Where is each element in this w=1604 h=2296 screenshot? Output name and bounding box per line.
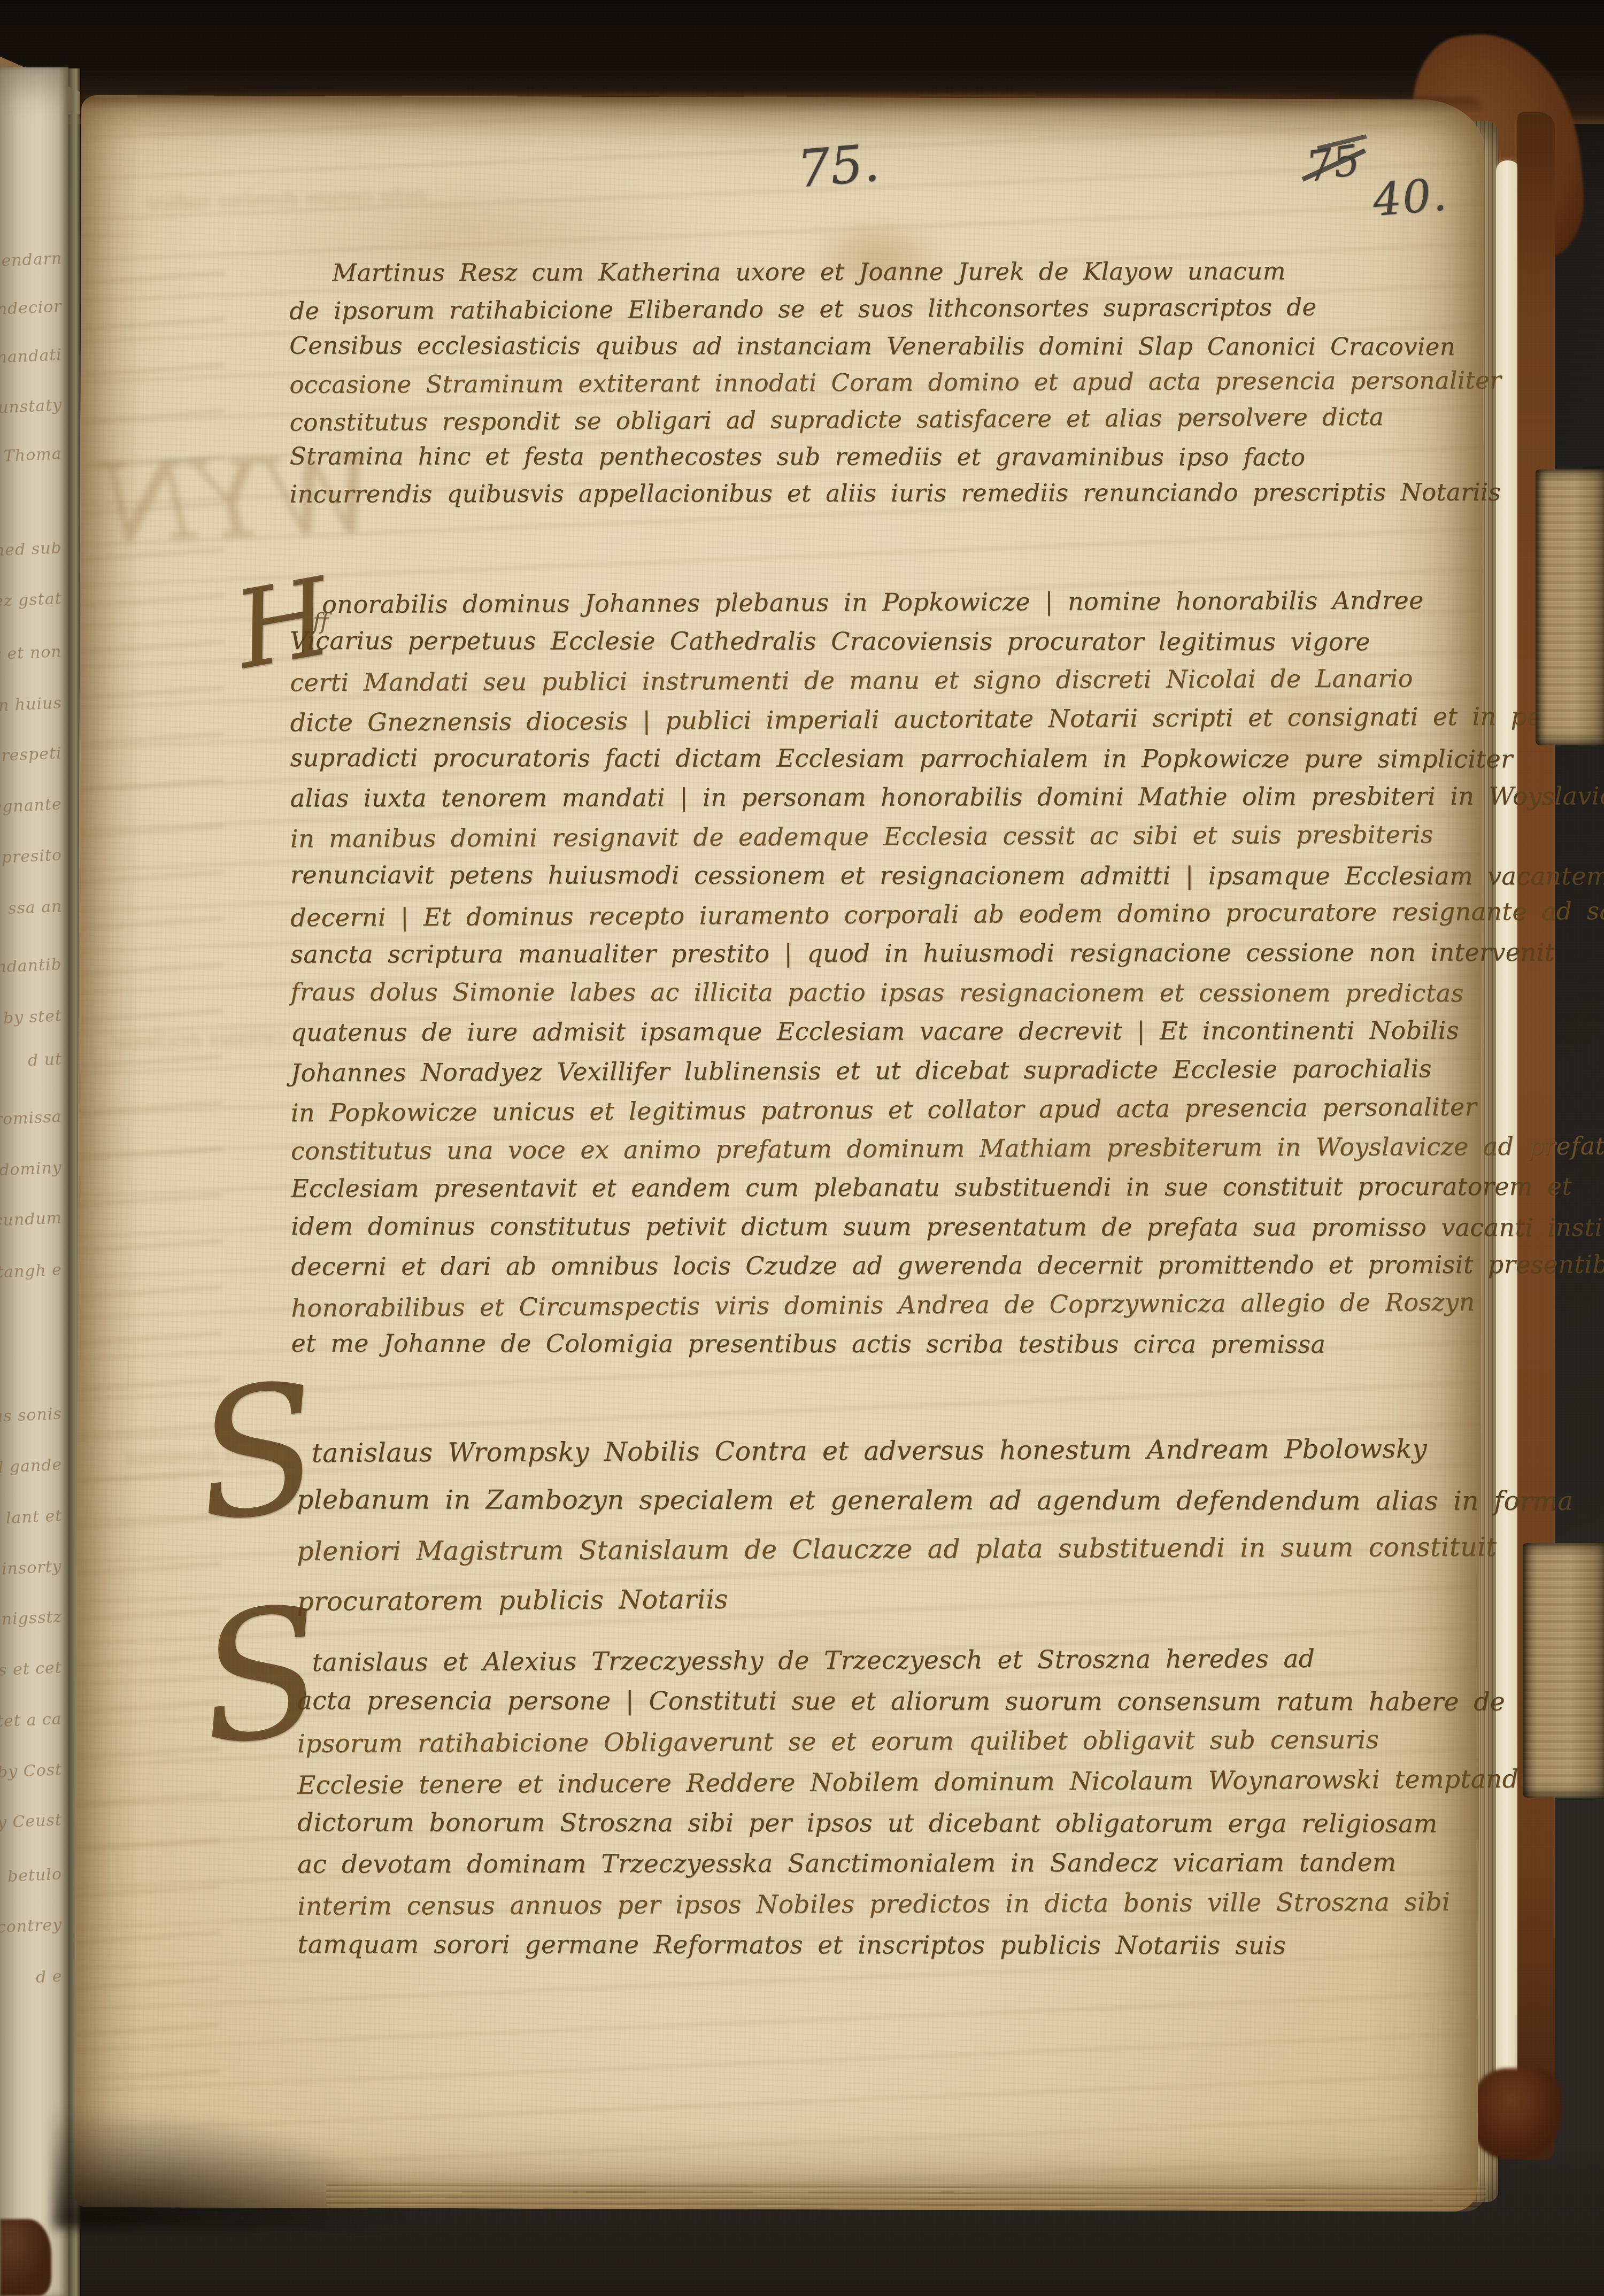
facing-page-text-fragment: segnante [0,795,63,817]
photo-frame: prebendarnwbendecioris mandatiuch gunsta… [0,0,1604,2296]
manuscript-line: plebanum in Zambozyn specialem et genera… [297,1475,1574,1526]
manuscript-line: alias iuxta tenorem mandati | in persona… [290,776,1604,818]
facing-page-text-fragment: ey dominy [0,1158,63,1181]
manuscript-line: Censibus ecclesiasticis quibus ad instan… [289,327,1501,365]
facing-page-edge: prebendarnwbendecioris mandatiuch gunsta… [0,67,68,2296]
manuscript-page: 75. 75 40. Martinus Resz cum Katherina u… [75,95,1484,2212]
manuscript-line: decerni | Et dominus recepto iuramento c… [290,891,1604,937]
facing-page-text-fragment: ssa an [7,897,63,918]
margin-mark: ff [313,608,329,634]
facing-page-text-fragment: ne secundum [0,1208,63,1232]
manuscript-line: fraus dolus Simonie labes ac illicita pa… [290,973,1604,1013]
facing-page-text-fragment: mandantib [0,955,63,977]
manuscript-line: renunciavit petens huiusmodi cessionem e… [290,856,1604,896]
manuscript-paragraph: Stanislaus et Alexius Trzeczyesshy de Tr… [297,1639,1560,1966]
facing-page-text-fragment: vos et cet [0,1659,63,1681]
manuscript-line: dicte Gneznensis diocesis | publici impe… [290,696,1604,742]
facing-page-text-fragment: contrey [0,1915,63,1937]
manuscript-line: ac devotam dominam Trzeczyesska Sanctimo… [297,1842,1559,1885]
manuscript-line: honorabilibus et Circumspectis viris dom… [291,1281,1604,1328]
manuscript-line: constitutus una voce ex animo prefatum d… [291,1126,1604,1170]
facing-page-text-fragment: n huius [0,694,63,715]
facing-page-text-fragment: tet a ca [0,1709,63,1731]
facing-page-text-fragment: ius Thoma [0,444,63,467]
facing-page-fragments: prebendarnwbendecioris mandatiuch gunsta… [0,67,68,2296]
manuscript-line: supradicti procuratoris facti dictam Ecc… [290,738,1604,779]
manuscript-line: ipsorum ratihabicione Obligaverunt se et… [297,1719,1559,1765]
manuscript-line: in Popkowicze unicus et legitimus patron… [291,1086,1604,1132]
facing-page-text-fragment: ney Ceust [0,1811,63,1833]
manuscript-line: onorabilis dominus Johannes plebanus in … [322,580,1604,624]
facing-page-text-fragment: wbendecior [0,297,63,320]
ink-showthrough: WYN [99,434,377,567]
manuscript-line: idem dominus constitutus petivit dictum … [291,1207,1604,1247]
manuscript-line: Martinus Resz cum Katherina uxore et Joa… [332,252,1501,291]
manuscript-line: incurrendis quibusvis appellacionibus et… [290,474,1502,513]
facing-page-text-fragment: el gande [0,1455,63,1477]
manuscript-line: tamquam sorori germane Reformatos et ins… [298,1924,1560,1966]
facing-page-text-fragment: tangh e [0,1260,63,1282]
facing-page-text-fragment: betulo [7,1865,62,1886]
manuscript-line: et me Johanne de Colomigia presentibus a… [291,1324,1604,1365]
facing-page-text-fragment: ned sub [0,538,63,560]
manuscript-paragraph: Martinus Resz cum Katherina uxore et Joa… [289,252,1501,513]
facing-page-text-fragment: hunigsstz [0,1608,63,1630]
manuscript-line: quatenus de iure admisit ipsamque Eccles… [291,1011,1604,1052]
manuscript-line: in manibus domini resignavit de eademque… [290,814,1604,858]
facing-page-text-fragment: uch gunstaty [0,396,63,419]
facing-page-text-fragment: by stet [3,1007,62,1028]
facing-page-text-fragment: is mandati [0,345,63,368]
facing-page-text-fragment: d presito [0,846,63,868]
ink-showthrough: census ecclesie [110,1023,287,1054]
facing-page-bottom-curl [0,2219,51,2296]
manuscript-line: tanislaus et Alexius Trzeczyesshy de Trz… [312,1638,1559,1683]
manuscript-line: procuratorem publicis Notariis [297,1570,1574,1626]
manuscript-paragraph: Stanislaus Wrompsky Nobilis Contra et ad… [297,1425,1574,1624]
facing-page-text-fragment: d ut [27,1050,63,1070]
manuscript-line: certi Mandati seu publici instrumenti de… [290,658,1604,702]
facing-page-text-fragment: a promissa [0,1107,63,1130]
manuscript-line: decerni et dari ab omnibus locis Czudze … [291,1245,1604,1286]
facing-page-text-fragment: has sonis [0,1405,63,1427]
facing-page-text-fragment: lant et [5,1507,63,1528]
manuscript-line: tanislaus Wrompsky Nobilis Contra et adv… [312,1424,1574,1478]
facing-page-text-fragment: insorty [2,1558,63,1579]
manuscript-line: Vicarius perpetuus Ecclesie Cathedralis … [290,621,1604,662]
facing-page-text-fragment: prebendarn [0,249,63,272]
facing-page-text-fragment: by Cost [0,1760,63,1782]
manuscript-line: Ecclesiam presentavit et eandem cum pleb… [291,1167,1604,1208]
manuscript-line: acta presencia persone | Constituti sue … [297,1681,1559,1722]
manuscript-line: dictorum bonorum Stroszna sibi per ipsos… [297,1802,1559,1844]
manuscript-line: Johannes Noradyez Vexillifer lublinensis… [291,1048,1604,1092]
manuscript-line: Ecclesie tenere et inducere Reddere Nobi… [297,1759,1559,1806]
clasp-strap-top [1536,469,1604,745]
manuscript-text-layer: Martinus Resz cum Katherina uxore et Joa… [76,96,1483,2211]
manuscript-line: constitutus respondit se obligari ad sup… [289,398,1501,441]
facing-page-text-fragment: nus et non [0,642,63,665]
leather-cover-bottom [1471,2068,1561,2159]
facing-page-text-fragment: d e [35,1967,63,1987]
manuscript-line: occasione Straminum extiterant innodati … [289,361,1501,403]
manuscript-paragraph: Honorabilis dominus Johannes plebanus in… [290,581,1604,1365]
clasp-strap-bottom [1523,1543,1604,1798]
manuscript-line: Stramina hinc et festa penthecostes sub … [290,437,1502,475]
facing-page-text-fragment: ez gstat [0,589,63,611]
facing-page-text-fragment: de respeti [0,744,63,766]
manuscript-line: sancta scriptura manualiter prestito | q… [290,933,1604,974]
manuscript-line: pleniori Magistrum Stanislaum de Clauczz… [297,1522,1574,1576]
manuscript-line: de ipsorum ratihabicione Eliberando se e… [289,288,1501,329]
manuscript-line: interim census annuos per ipsos Nobiles … [297,1882,1559,1927]
